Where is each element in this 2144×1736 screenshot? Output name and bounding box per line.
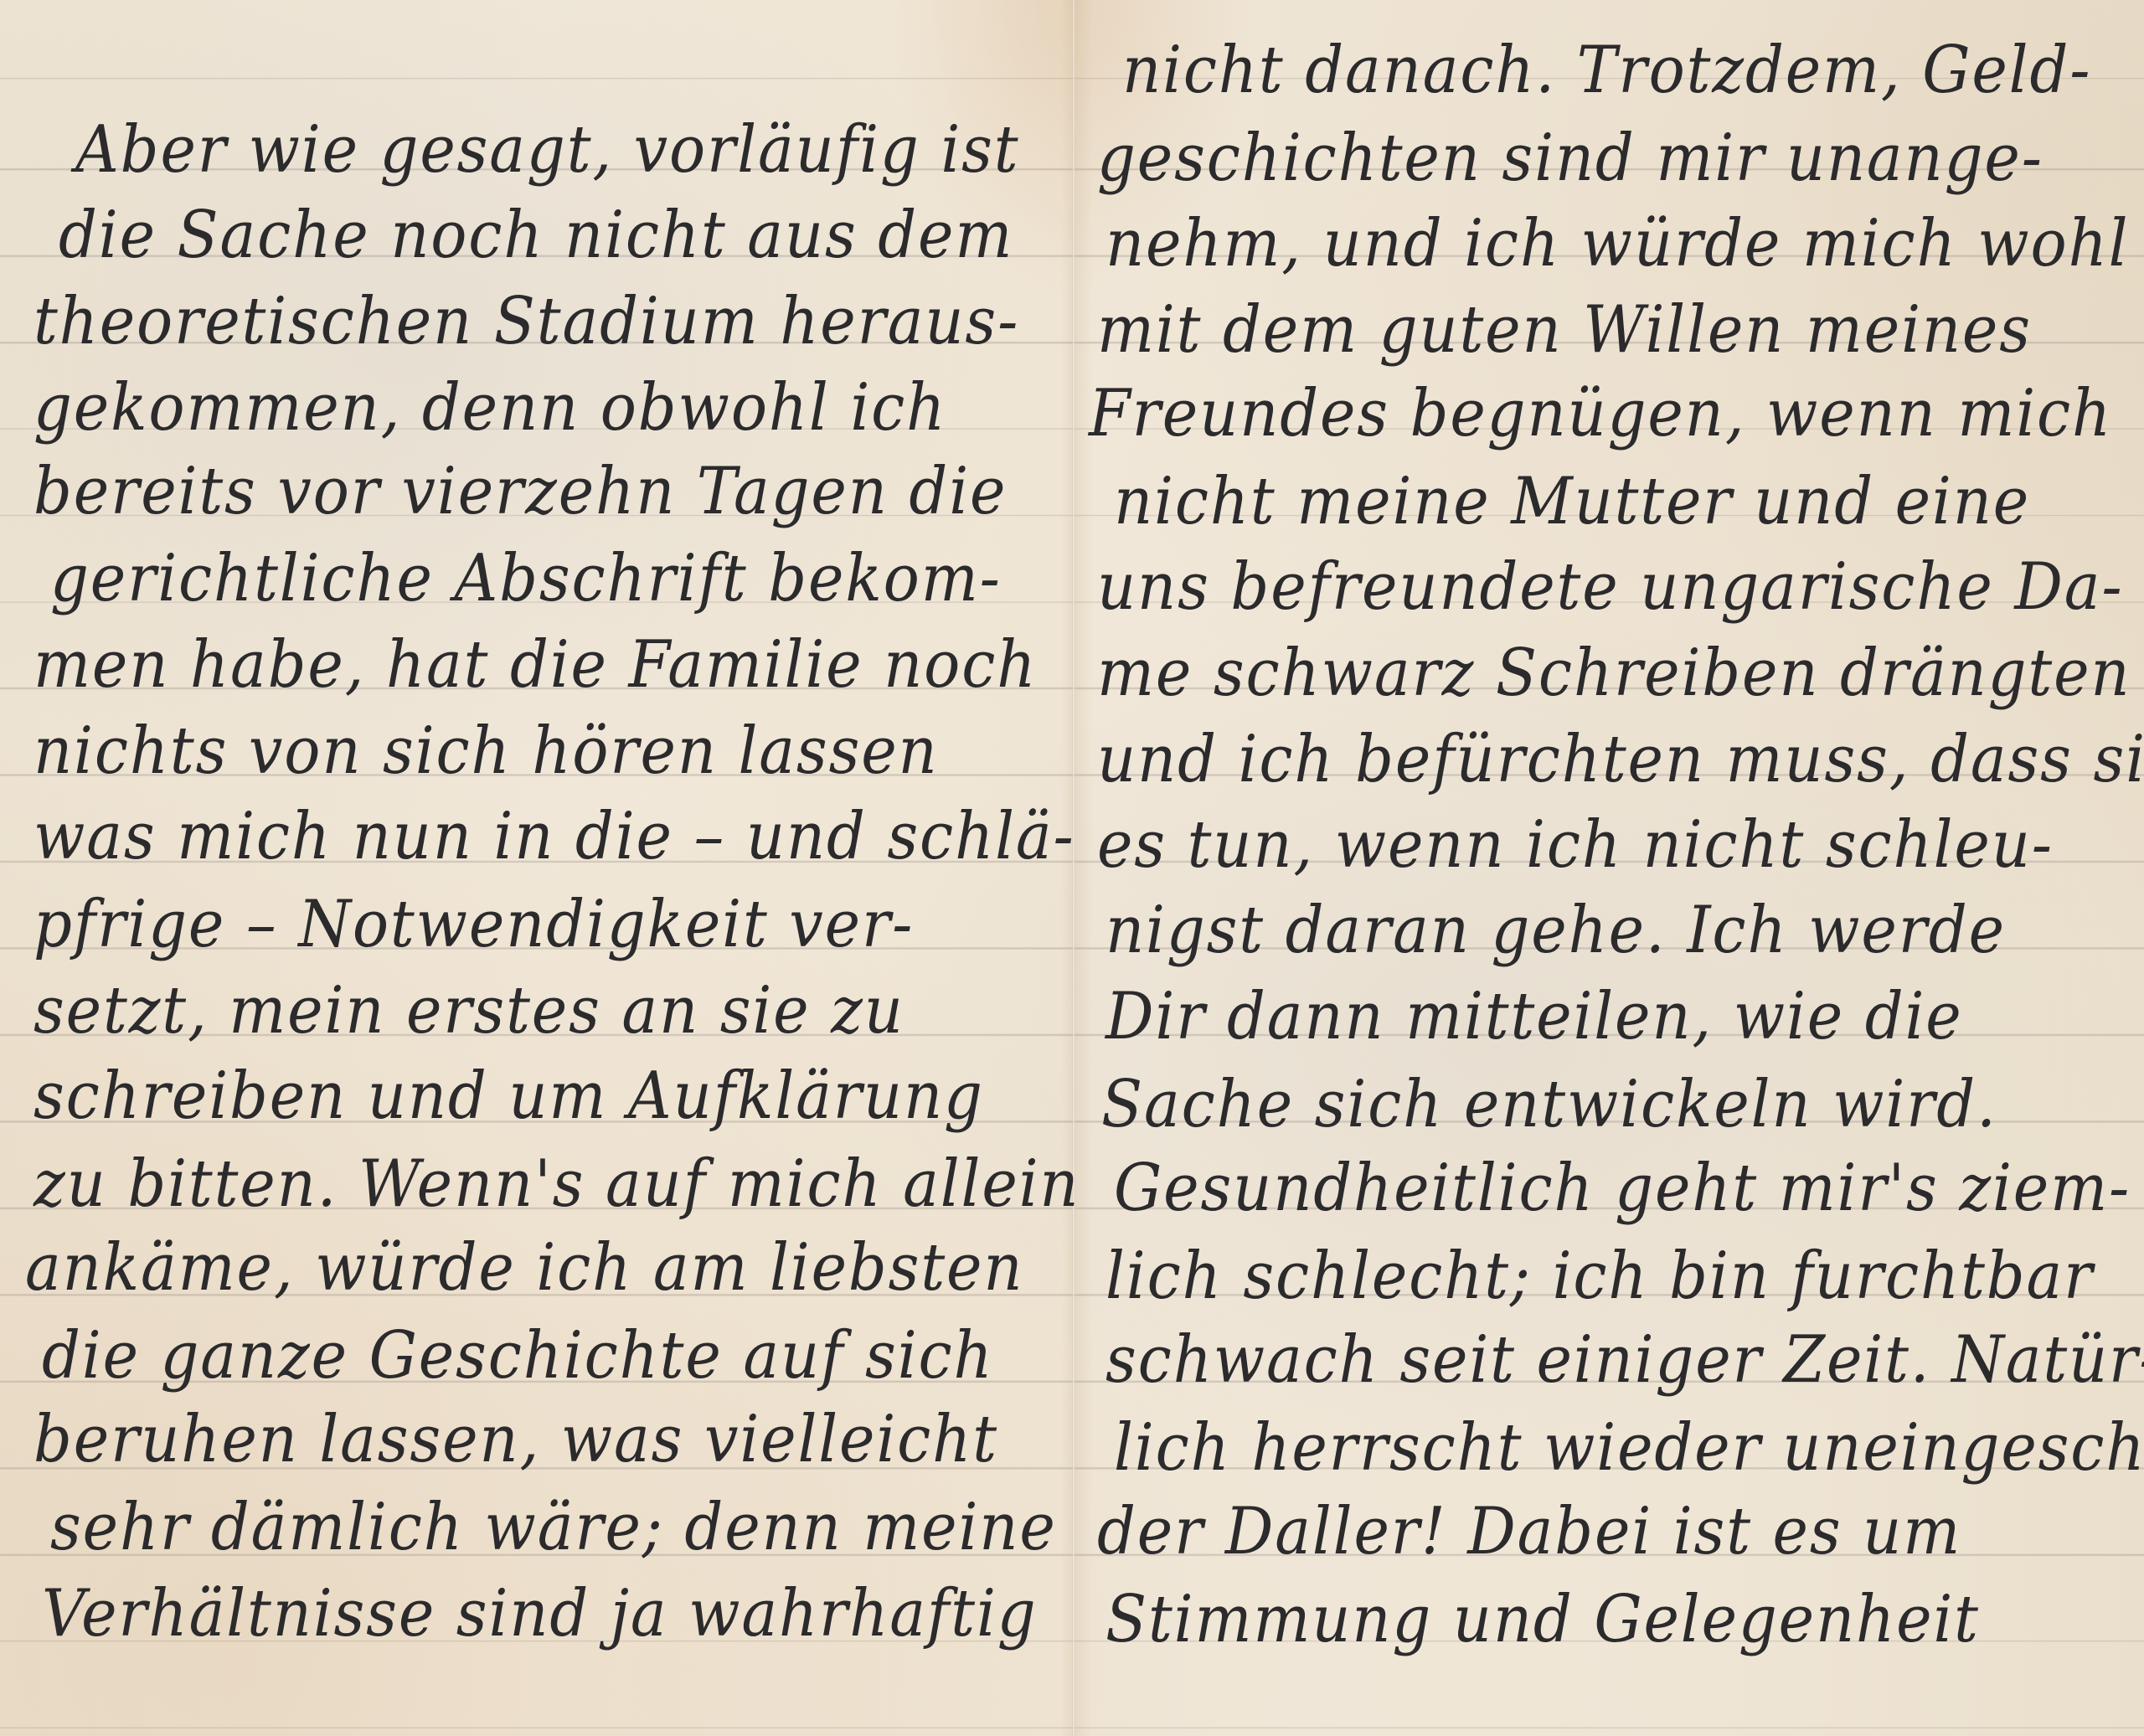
handwritten-line: Sache sich entwickeln wird.	[1101, 1072, 1997, 1137]
right-page: nicht danach. Trotzdem, Geld- geschichte…	[1089, 0, 2127, 1736]
handwritten-line: zu bitten. Wenn's auf mich allein	[33, 1151, 1080, 1217]
handwritten-line: gekommen, denn obwohl ich	[33, 375, 946, 440]
handwritten-line: sehr dämlich wäre; denn meine	[50, 1495, 1057, 1560]
handwritten-line: und ich befürchten muss, dass sie	[1097, 727, 2144, 792]
handwritten-line: nigst daran gehe. Ich werde	[1105, 898, 2006, 963]
left-page: Aber wie gesagt, vorläufig ist die Sache…	[25, 0, 1064, 1736]
handwritten-line: ankäme, würde ich am liebsten	[25, 1235, 1023, 1301]
handwritten-line: nehm, und ich würde mich wohl	[1105, 211, 2129, 276]
handwritten-line: gerichtliche Abschrift bekom-	[50, 546, 1002, 611]
handwritten-line: Verhältnisse sind ja wahrhaftig	[42, 1581, 1038, 1646]
handwritten-line: theoretischen Stadium heraus-	[33, 289, 1019, 354]
handwritten-line: was mich nun in die – und schlä-	[33, 804, 1075, 869]
handwritten-line: schwach seit einiger Zeit. Natür-	[1105, 1327, 2144, 1393]
handwritten-line: setzt, mein erstes an sie zu	[33, 978, 904, 1043]
letter-scan: Aber wie gesagt, vorläufig ist die Sache…	[0, 0, 2144, 1736]
handwritten-line: uns befreundete ungarische Da-	[1097, 554, 2123, 620]
handwritten-line: der Daller! Dabei ist es um	[1097, 1499, 1961, 1564]
handwritten-line: bereits vor vierzehn Tagen die	[33, 459, 1007, 524]
handwritten-line: es tun, wenn ich nicht schleu-	[1097, 812, 2054, 878]
handwritten-line: beruhen lassen, was vielleicht	[33, 1407, 998, 1472]
handwritten-line: men habe, hat die Familie noch	[33, 632, 1037, 698]
handwritten-line: die ganze Geschichte auf sich	[42, 1323, 994, 1388]
handwritten-line: pfrige – Notwendigkeit ver-	[33, 892, 914, 957]
handwritten-line: mit dem guten Willen meines	[1097, 297, 2032, 363]
handwritten-line: Dir dann mitteilen, wie die	[1105, 984, 1963, 1049]
handwritten-line: nicht meine Mutter und eine	[1114, 469, 2030, 534]
handwritten-line: die Sache noch nicht aus dem	[59, 203, 1013, 268]
handwritten-line: nichts von sich hören lassen	[33, 719, 939, 784]
handwritten-line: schreiben und um Aufklärung	[33, 1064, 984, 1129]
handwritten-line: Stimmung und Gelegenheit	[1105, 1587, 1980, 1652]
handwritten-line: lich schlecht; ich bin furchtbar	[1105, 1244, 2094, 1309]
handwritten-line: Aber wie gesagt, vorläufig ist	[75, 117, 1019, 183]
handwritten-line: lich herrscht wieder uneingeschränkt	[1114, 1415, 2144, 1481]
handwritten-line: Freundes begnügen, wenn mich	[1089, 381, 2112, 446]
handwritten-line: nicht danach. Trotzdem, Geld-	[1122, 38, 2091, 103]
handwritten-line: Gesundheitlich geht mir's ziem-	[1114, 1156, 2131, 1221]
handwritten-line: geschichten sind mir unange-	[1097, 126, 2043, 191]
handwritten-line: me schwarz Schreiben drängten	[1097, 641, 2131, 706]
